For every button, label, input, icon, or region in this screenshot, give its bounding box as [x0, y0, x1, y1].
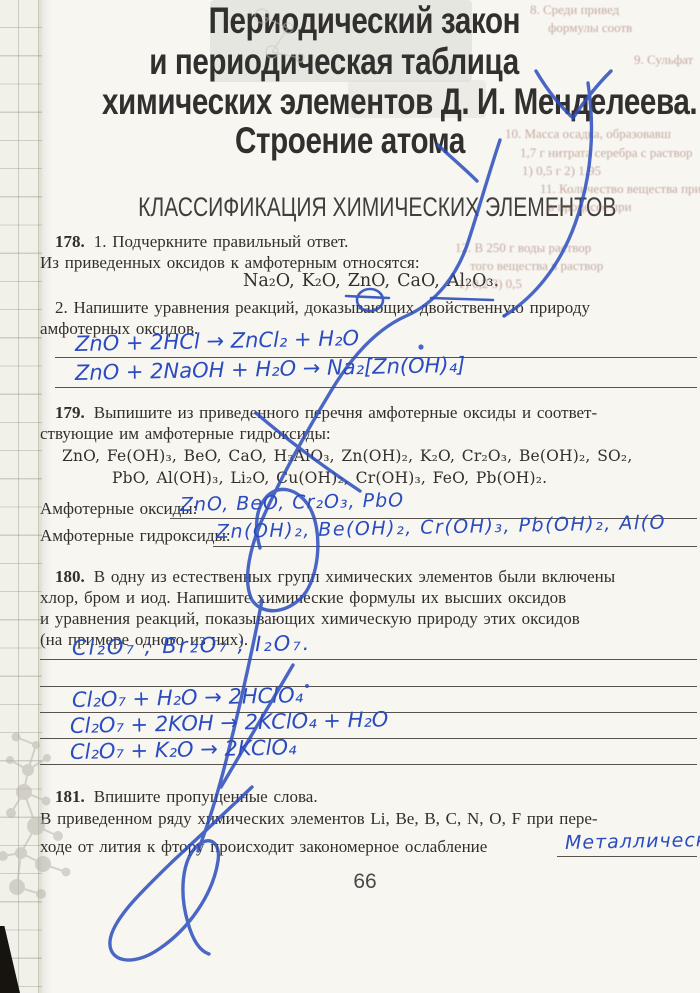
- page-title-line-3: химических элементов Д. И. Менделеева.: [102, 82, 598, 122]
- ghost-text-fragment: 11. Количество вещества при: [540, 181, 700, 197]
- handwritten-answer-missing-word: Металлическ: [565, 829, 700, 854]
- task-179-line-2: ствующие им амфотерные гидроксиды:: [40, 423, 331, 444]
- options-part: Na₂O, K₂O,: [243, 271, 348, 291]
- ghost-text-fragment: 1) 0,5 г 2) 1,95: [522, 163, 601, 179]
- ghost-text-fragment: 12. В 250 г воды раствор: [455, 240, 591, 256]
- task-text: В одну из естественных групп химических …: [94, 567, 615, 586]
- ghost-text-fragment: 1) 0,2 3) 0,5: [458, 276, 522, 292]
- ghost-text-fragment: 1,7 г нитрата серебра с раствор: [520, 145, 693, 161]
- ghost-text-fragment: 10. Масса осадка, образовавш: [505, 126, 671, 142]
- label-amphoteric-hydroxides: Амфотерные гидроксиды:: [40, 525, 231, 546]
- handwritten-answer-eq: ZnO + 2HCl → ZnCl₂ + H₂O: [75, 326, 360, 356]
- options-part: , CaO,: [385, 271, 447, 291]
- task-180-line-3: и уравнения реакций, показывающих химиче…: [40, 608, 580, 629]
- ghost-text-fragment: того вещества в раствор: [470, 258, 603, 274]
- ruled-line: [40, 659, 697, 660]
- page-number: 66: [340, 870, 390, 894]
- ghost-text-fragment: 9. Сульфат: [634, 52, 693, 68]
- handwritten-answer-eq: Cl₂O₇ + H₂O → 2HClO₄: [72, 683, 304, 712]
- task-181-line-2: В приведенном ряду химических элементов …: [40, 808, 598, 829]
- task-number: 179.: [55, 403, 85, 422]
- ghost-text-fragment: формулы соотв: [548, 20, 632, 36]
- handwritten-answer-eq: Cl₂O₇ + K₂O → 2KClO₄: [70, 735, 297, 764]
- graph-paper-margin: [0, 0, 42, 993]
- task-180-line-2: хлор, бром и иод. Напишите химические фо…: [40, 587, 566, 608]
- task-181-line-3: ходе от лития к фтору происходит законом…: [40, 836, 487, 857]
- handwritten-answer-formulas: Cl₂O₇ ; Br₂O₇ ; I₂O₇.: [72, 631, 312, 660]
- label-amphoteric-oxides: Амфотерные оксиды:: [40, 498, 197, 519]
- task-number: 180.: [55, 567, 85, 586]
- task-180-line-1: 180.В одну из естественных групп химичес…: [55, 566, 615, 587]
- task-181-line-1: 181.Впишите пропущенные слова.: [55, 786, 318, 807]
- ruled-line: [55, 387, 697, 388]
- page-title-line-2: и периодическая таблица: [86, 42, 582, 82]
- task-number: 181.: [55, 787, 85, 806]
- task-text: Выпишите из приведенного перечня амфотер…: [94, 403, 597, 422]
- options-underlined-zno: ZnO: [348, 271, 385, 291]
- task-text: 1. Подчеркните правильный ответ.: [94, 232, 349, 251]
- ruled-line: [557, 856, 697, 857]
- task-179-line-1: 179.Выпишите из приведенного перечня амф…: [55, 402, 597, 423]
- task-text: Впишите пропущенные слова.: [94, 787, 318, 806]
- task-number: 178.: [55, 232, 85, 251]
- workbook-page-scan: Периодический закон и периодическая табл…: [0, 0, 700, 993]
- handwritten-answer-hydroxides: Zn(OH)₂, Be(OH)₂, Cr(OH)₃, Pb(OH)₂, Al(O: [216, 512, 666, 543]
- task-178-line-2: Из приведенных оксидов к амфотерным отно…: [40, 252, 420, 273]
- handwritten-answer-oxides: ZnO, BeO, Cr₂O₃, PbO: [180, 489, 405, 516]
- task-178-line-1: 178.1. Подчеркните правильный ответ.: [55, 231, 348, 252]
- ruled-line: [40, 764, 697, 765]
- task-179-list-line-1: ZnO, Fe(OH)₃, BeO, CaO, H₃AlO₃, Zn(OH)₂,…: [62, 446, 632, 467]
- task-178-part2-line-1: 2. Напишите уравнения реакций, доказываю…: [55, 297, 590, 318]
- ghost-text-fragment: 8. Среди привед: [530, 2, 619, 18]
- task-179-list-line-2: PbO, Al(OH)₃, Li₂O, Cu(OH)₂, Cr(OH)₃, Fe…: [112, 468, 547, 489]
- ghost-text-fragment: в процессе при: [548, 199, 632, 215]
- ruled-line: [213, 546, 697, 547]
